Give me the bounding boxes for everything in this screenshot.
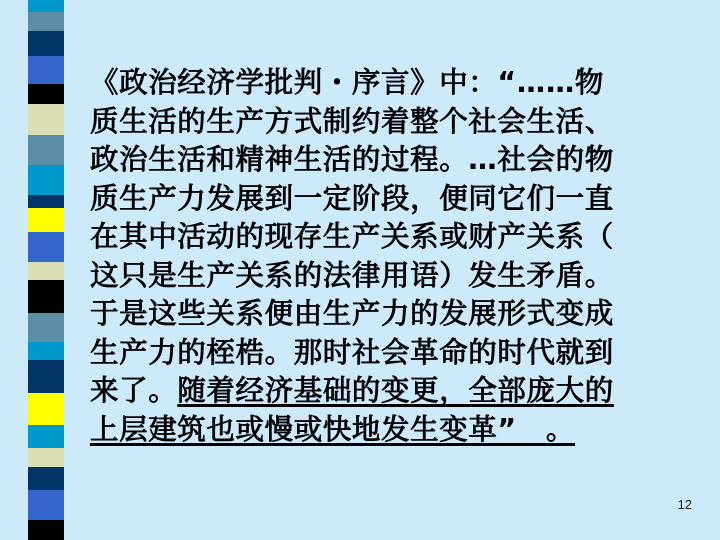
stripe-segment [28, 104, 64, 135]
stripe-segment [28, 56, 64, 84]
stripe-segment [28, 262, 64, 280]
stripe-segment [28, 490, 64, 520]
text-line-2: 质生活的生产方式制约着整个社会生活、 [90, 103, 680, 142]
stripe-segment [28, 208, 64, 232]
stripe-segment [28, 232, 64, 262]
stripe-segment [28, 467, 64, 490]
stripe-segment [28, 448, 64, 467]
text-line-1: 《政治经济学批判・序言》中：“……物 [90, 64, 680, 103]
stripe-segment [28, 520, 64, 540]
text-line-4: 质生产力发展到一定阶段，便同它们一直 [90, 180, 680, 219]
stripe-segment [28, 425, 64, 448]
text-line-7: 于是这些关系便由生产力的发展形式变成 [90, 295, 680, 334]
stripe-segment [28, 342, 64, 360]
text-line-10: 上层建筑也或慢或快地发生变革” 。 [90, 411, 680, 450]
text-line-3: 政治生活和精神生活的过程。…社会的物 [90, 141, 680, 180]
text-line-6: 这只是生产关系的法律用语）发生矛盾。 [90, 257, 680, 296]
stripe-segment [28, 12, 64, 31]
stripe-segment [28, 393, 64, 425]
stripe-segment [28, 195, 64, 208]
text-line-5: 在其中活动的现存生产关系或财产关系（ [90, 218, 680, 257]
stripe-segment [28, 0, 64, 12]
stripe-segment [28, 165, 64, 195]
text-line-9-underlined: 随着经济基础的变更，全部庞大的 [177, 374, 614, 407]
stripe-segment [28, 280, 64, 313]
text-line-10-underlined: 上层建筑也或慢或快地发生变革” 。 [90, 413, 575, 446]
page-number: 12 [678, 497, 692, 512]
decorative-color-stripe [28, 0, 64, 540]
stripe-segment [28, 84, 64, 104]
text-line-8: 生产力的桎梏。那时社会革命的时代就到 [90, 334, 680, 373]
stripe-segment [28, 135, 64, 165]
stripe-segment [28, 360, 64, 393]
stripe-segment [28, 313, 64, 342]
stripe-segment [28, 31, 64, 56]
quote-text-block: 《政治经济学批判・序言》中：“……物 质生活的生产方式制约着整个社会生活、 政治… [90, 64, 680, 449]
text-line-9-plain: 来了。 [90, 374, 177, 407]
text-line-9: 来了。随着经济基础的变更，全部庞大的 [90, 372, 680, 411]
